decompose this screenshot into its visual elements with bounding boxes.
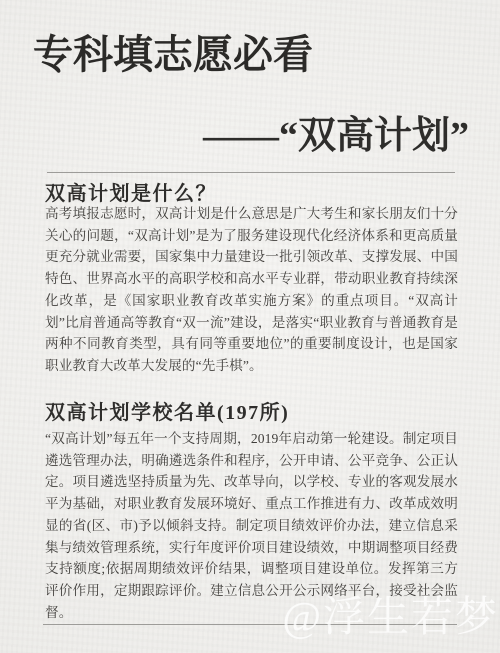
section-body-school-list: “双高计划”每五年一个支持周期，2019年启动第一轮建设。制定项目遴选管理办法，…: [45, 428, 458, 623]
page-title: 专科填志愿必看: [33, 30, 313, 80]
header-divider: [47, 172, 455, 173]
poster-page: 专科填志愿必看 ——“双高计划” 双高计划是什么？ 高考填报志愿时，双高计划是什…: [0, 0, 500, 653]
footer-divider: [43, 624, 457, 625]
page-subtitle: ——“双高计划”: [203, 110, 469, 162]
section-heading-school-list: 双高计划学校名单(197所): [45, 401, 289, 425]
section-body-what-is: 高考填报志愿时，双高计划是什么意思是广大考生和家长朋友们十分关心的问题，“双高计…: [45, 203, 458, 377]
